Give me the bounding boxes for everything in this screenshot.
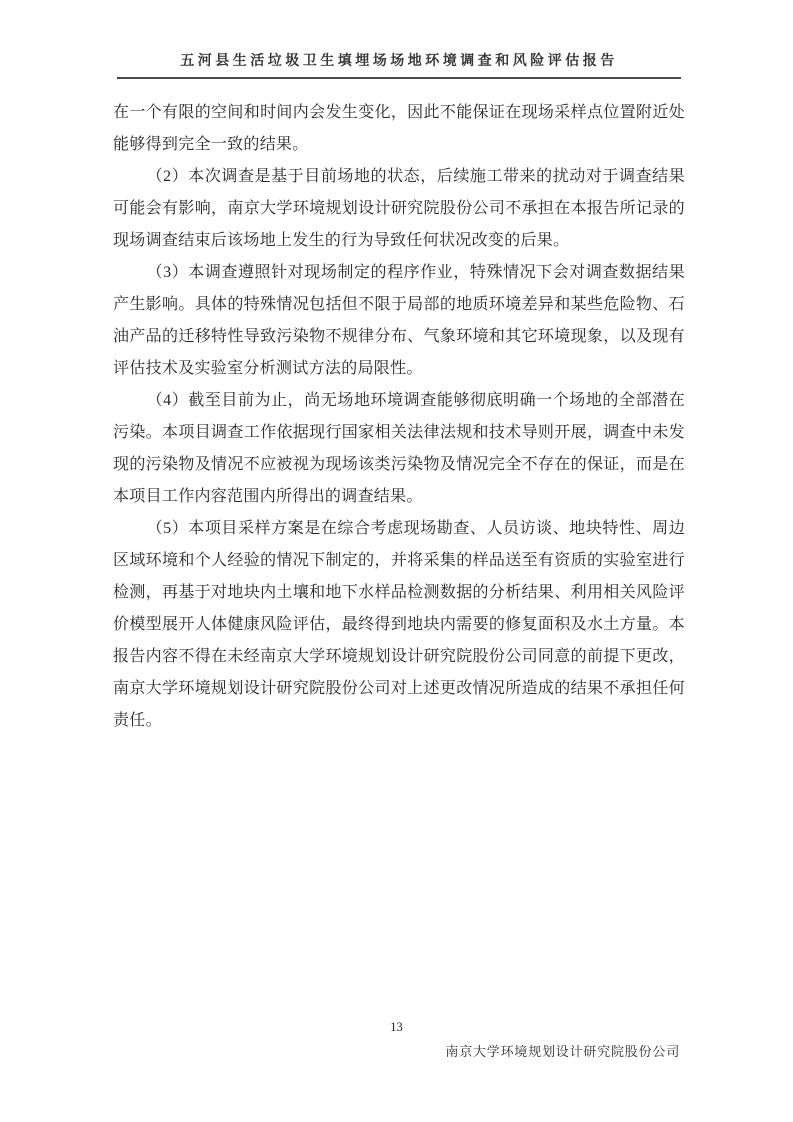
footer-company: 南京大学环境规划设计研究院股份公司 — [113, 1041, 680, 1060]
paragraph-3: （3）本调查遵照针对现场制定的程序作业，特殊情况下会对调查数据结果产生影响。具体… — [113, 257, 685, 385]
page-header: 五河县生活垃圾卫生填埋场场地环境调查和风险评估报告 — [113, 50, 685, 79]
paragraph-continuation: 在一个有限的空间和时间内会发生变化，因此不能保证在现场采样点位置附近处能够得到完… — [113, 97, 685, 161]
page-number: 13 — [0, 1020, 793, 1035]
header-title: 五河县生活垃圾卫生填埋场场地环境调查和风险评估报告 — [113, 50, 685, 70]
paragraph-5: （5）本项目采样方案是在综合考虑现场勘查、人员访谈、地块特性、周边区域环境和个人… — [113, 513, 685, 737]
document-body: 在一个有限的空间和时间内会发生变化，因此不能保证在现场采样点位置附近处能够得到完… — [113, 97, 685, 737]
document-page: 五河县生活垃圾卫生填埋场场地环境调查和风险评估报告 在一个有限的空间和时间内会发… — [0, 0, 793, 1122]
paragraph-4: （4）截至目前为止，尚无场地环境调查能够彻底明确一个场地的全部潜在污染。本项目调… — [113, 385, 685, 513]
header-rule — [117, 77, 681, 79]
paragraph-2: （2）本次调查是基于目前场地的状态，后续施工带来的扰动对于调查结果可能会有影响，… — [113, 161, 685, 257]
